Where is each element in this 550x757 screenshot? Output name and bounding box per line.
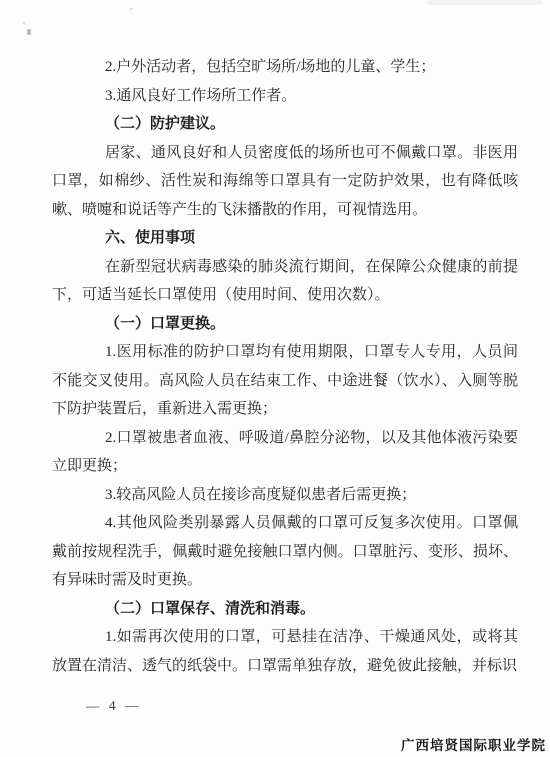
list-item: 3.通风良好工作场所工作者。 [52, 82, 518, 111]
paragraph: 3.较高风险人员在接诊高度疑似患者后需更换； [52, 481, 518, 510]
scan-speck [23, 22, 25, 24]
list-item: 2.户外活动者，包括空旷场所/场地的儿童、学生； [52, 53, 518, 82]
page-number: — 4 — [86, 698, 142, 715]
paragraph: 在新型冠状病毒感染的肺炎流行期间，在保障公众健康的前提下，可适当延长口罩使用（使… [52, 253, 518, 310]
section-heading: （二）防护建议。 [52, 110, 518, 139]
section-heading: （二）口罩保存、清洗和消毒。 [52, 595, 518, 624]
paragraph: 2.口罩被患者血液、呼吸道/鼻腔分泌物，以及其他体液污染要立即更换； [52, 424, 518, 481]
section-heading: （一）口罩更换。 [52, 310, 518, 339]
document-page: 2.户外活动者，包括空旷场所/场地的儿童、学生； 3.通风良好工作场所工作者。 … [0, 0, 550, 757]
document-body: 2.户外活动者，包括空旷场所/场地的儿童、学生； 3.通风良好工作场所工作者。 … [52, 53, 518, 680]
paragraph: 1.如需再次使用的口罩，可悬挂在洁净、干燥通风处，或将其放置在清洁、透气的纸袋中… [52, 623, 518, 680]
scan-speck [130, 8, 133, 10]
scan-speck [27, 29, 31, 35]
watermark: 广西培贤国际职业学院 [401, 734, 546, 754]
paragraph: 4.其他风险类别暴露人员佩戴的口罩可反复多次使用。口罩佩戴前按规程洗手，佩戴时避… [52, 509, 518, 595]
scan-smudge [427, 0, 542, 5]
paragraph: 1.医用标准的防护口罩均有使用期限，口罩专人专用，人员间不能交叉使用。高风险人员… [52, 338, 518, 424]
section-heading: 六、使用事项 [52, 224, 518, 253]
paragraph: 居家、通风良好和人员密度低的场所也可不佩戴口罩。非医用口罩，如棉纱、活性炭和海绵… [52, 139, 518, 225]
